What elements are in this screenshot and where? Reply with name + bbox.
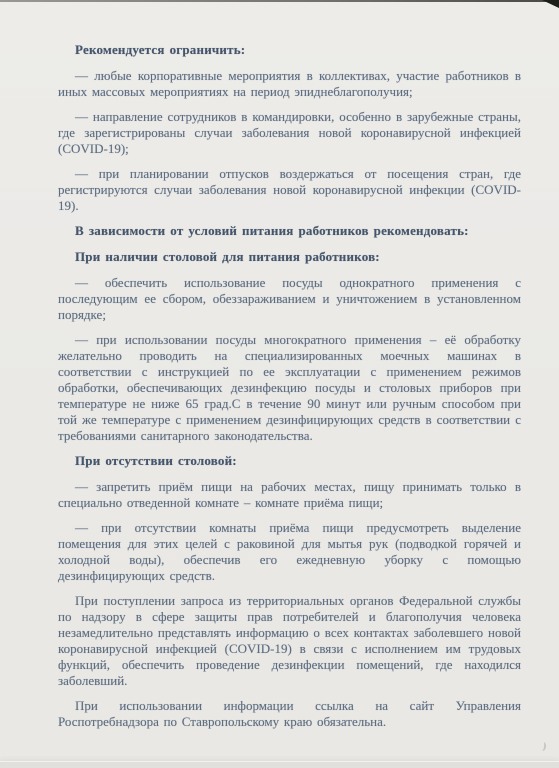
section-heading-no-canteen: При отсутствии столовой:	[58, 453, 521, 469]
section-heading-catering-conditions: В зависимости от условий питания работни…	[58, 223, 521, 239]
bullet-meal-room-allocation: — при отсутствии комнаты приёма пищи пре…	[58, 520, 521, 584]
paragraph-source-attribution: При использовании информации ссылка на с…	[58, 698, 521, 730]
scan-corner-mark	[542, 0, 559, 8]
section-heading-restrict: Рекомендуется ограничить:	[58, 42, 521, 58]
section-heading-canteen-present: При наличии столовой для питания работни…	[58, 249, 521, 265]
bullet-corporate-events: — любые корпоративные мероприятия в колл…	[58, 68, 521, 100]
scan-bottom-edge	[0, 761, 559, 768]
scan-smudge-mark	[539, 742, 546, 752]
bullet-disposable-tableware: — обеспечить использование посуды однокр…	[58, 275, 521, 323]
bullet-vacation-planning: — при планировании отпусков воздержаться…	[58, 166, 521, 214]
bullet-reusable-tableware: — при использовании посуды многократного…	[58, 332, 521, 444]
document-body: Рекомендуется ограничить: — любые корпор…	[58, 42, 521, 739]
scanned-document-page: Рекомендуется ограничить: — любые корпор…	[0, 0, 559, 768]
paragraph-rospotrebnadzor-request: При поступлении запроса из территориальн…	[58, 593, 521, 689]
bullet-no-eating-at-workplace: — запретить приём пищи на рабочих местах…	[58, 479, 521, 511]
scan-top-edge-line	[0, 0, 559, 2]
bullet-business-trips: — направление сотрудников в командировки…	[58, 109, 521, 157]
